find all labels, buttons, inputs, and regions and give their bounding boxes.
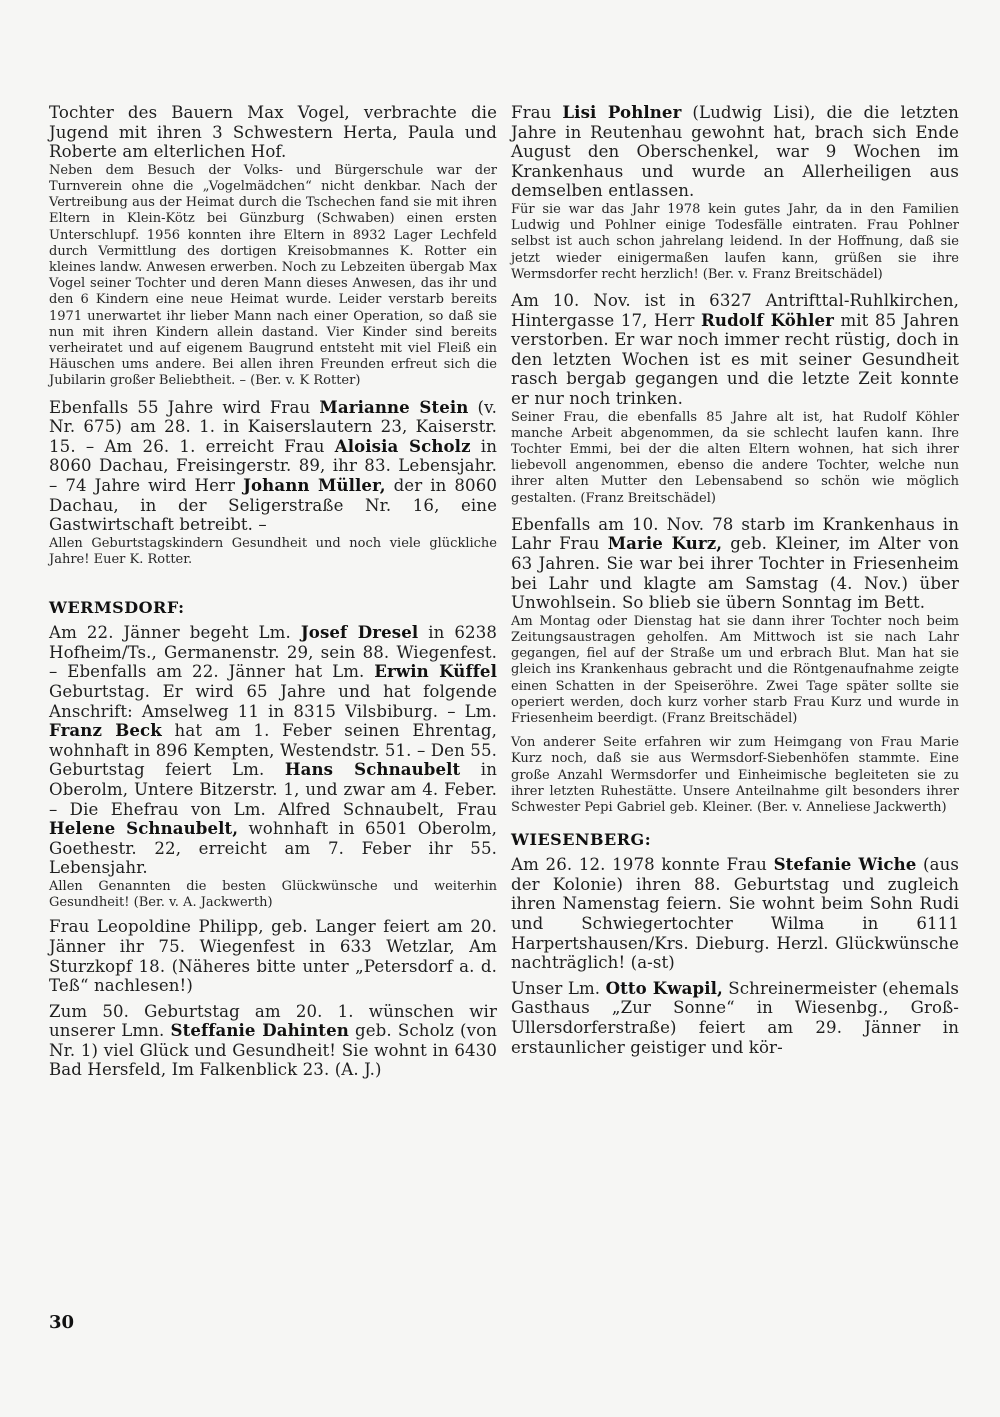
- paragraph-kurz-funeral: Von anderer Seite erfahren wir zum Heimg…: [511, 735, 959, 816]
- paragraph-vogel-intro: Tochter des Bauern Max Vogel, verbrachte…: [49, 103, 497, 162]
- paragraph-otto-kwapil: Unser Lm. Otto Kwapil, Schreinermeister …: [511, 979, 959, 1057]
- name-hans-schnaubelt: Hans Schnaubelt: [285, 759, 460, 779]
- section-heading-wiesenberg: WIESENBERG:: [511, 830, 959, 849]
- paragraph-wishes-jackwerth: Allen Genannten die besten Glückwünsche …: [49, 879, 497, 911]
- document-page: Tochter des Bauern Max Vogel, verbrachte…: [0, 0, 1000, 1417]
- paragraph-birthdays-stein-scholz-mueller: Ebenfalls 55 Jahre wird Frau Marianne St…: [49, 398, 497, 535]
- paragraph-steffanie-dahinten: Zum 50. Geburtstag am 20. 1. wünschen wi…: [49, 1002, 497, 1080]
- paragraph-vogel-biography: Neben dem Besuch der Volks- und Bürgersc…: [49, 163, 497, 390]
- paragraph-pohlner-family: Für sie war das Jahr 1978 kein gutes Jah…: [511, 202, 959, 283]
- left-column: Tochter des Bauern Max Vogel, verbrachte…: [49, 103, 497, 1086]
- paragraph-stefanie-wiche: Am 26. 12. 1978 konnte Frau Stefanie Wic…: [511, 855, 959, 973]
- paragraph-marie-kurz: Ebenfalls am 10. Nov. 78 starb im Kranke…: [511, 515, 959, 613]
- paragraph-rudolf-koehler: Am 10. Nov. ist in 6327 Antrifttal-Ruhlk…: [511, 291, 959, 409]
- name-aloisia-scholz: Aloisia Scholz: [335, 436, 471, 456]
- paragraph-lisi-pohlner: Frau Lisi Pohlner (Ludwig Lisi), die die…: [511, 103, 959, 201]
- name-steffanie-dahinten: Steffanie Dahinten: [171, 1020, 349, 1040]
- name-johann-mueller: Johann Müller,: [243, 475, 386, 495]
- name-josef-dresel: Josef Dresel: [301, 622, 418, 642]
- right-column: Frau Lisi Pohlner (Ludwig Lisi), die die…: [511, 103, 959, 1063]
- paragraph-wishes-rotter: Allen Geburtstagskindern Gesundheit und …: [49, 536, 497, 568]
- name-lisi-pohlner: Lisi Pohlner: [562, 102, 681, 122]
- paragraph-koehler-family: Seiner Frau, die ebenfalls 85 Jahre alt …: [511, 410, 959, 507]
- paragraph-wermsdorf-birthdays: Am 22. Jänner begeht Lm. Josef Dresel in…: [49, 623, 497, 878]
- page-number: 30: [49, 1312, 74, 1333]
- name-franz-beck: Franz Beck: [49, 720, 162, 740]
- paragraph-kurz-illness: Am Montag oder Dienstag hat sie dann ihr…: [511, 614, 959, 727]
- name-stefanie-wiche: Stefanie Wiche: [774, 854, 917, 874]
- name-marie-kurz: Marie Kurz,: [608, 533, 722, 553]
- name-erwin-kueffel: Erwin Küffel: [374, 661, 497, 681]
- name-marianne-stein: Marianne Stein: [319, 397, 468, 417]
- name-helene-schnaubelt: Helene Schnaubelt,: [49, 818, 238, 838]
- paragraph-leopoldine-philipp: Frau Leopoldine Philipp, geb. Langer fei…: [49, 917, 497, 995]
- name-otto-kwapil: Otto Kwapil,: [606, 978, 723, 998]
- section-heading-wermsdorf: WERMSDORF:: [49, 598, 497, 617]
- name-rudolf-koehler: Rudolf Köhler: [701, 310, 834, 330]
